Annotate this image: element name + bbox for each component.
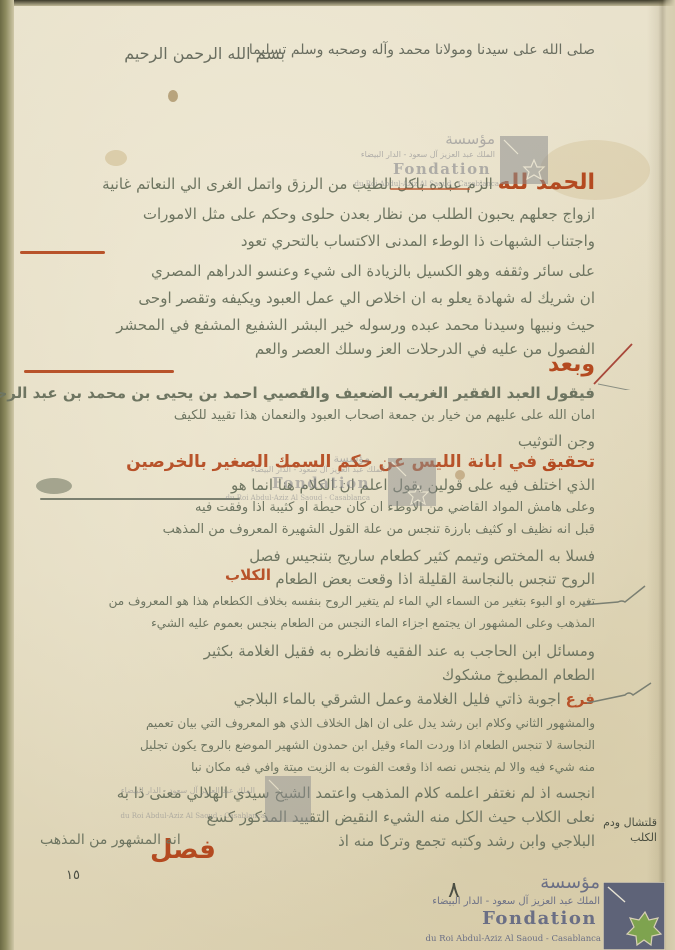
text-line-11: وجن التوثيب: [518, 432, 595, 450]
rubric-stroke: [20, 251, 105, 254]
text-line-7: الفصول من عليه في الدرحلات العز وسلك الع…: [255, 340, 595, 358]
blessing-line: صلى الله على سيدنا ومولانا محمد وآله وصح…: [249, 42, 595, 58]
watermark-arabic-subtitle: الملك عبد العزيز آل سعود - الدار البيضاء: [361, 150, 495, 159]
watermark-french-subtitle: du Roi Abdul-Aziz Al Saoud - Casablanca: [121, 812, 265, 820]
watermark-french-subtitle: du Roi Abdul-Aziz Al Saoud - Casablanca: [226, 494, 370, 502]
page-top-edge: [0, 0, 675, 6]
text-line-23: والمشهور الثاني وكلام ابن رشد يدل على ان…: [146, 716, 595, 730]
text-line-24: النجاسة لا تنجس الطعام اذا وردت الماء وق…: [140, 738, 595, 752]
page-right-edge: [647, 0, 675, 950]
margin-note-text: قلتشال ودم الكلب: [603, 816, 657, 844]
ink-stain: [168, 90, 178, 102]
watermark-arabic-title: مؤسسة: [333, 452, 370, 465]
text-line-20: ومسائل ابن الحاجب به عند الفقيه فانظره ب…: [204, 642, 595, 660]
foundation-logo-icon: [388, 458, 436, 506]
rubric-kilab: الكلاب: [225, 566, 271, 584]
folio-number: ١٥: [66, 868, 80, 883]
rubric-wa-bad: وبعد: [548, 352, 595, 377]
text-line-9: فيقول العبد الفقير الغريب الضعيف والقصيي…: [0, 384, 595, 402]
foundation-logo-icon: [500, 136, 548, 184]
text-line-18: تغيره او البوء بتغير من السماء الي الماء…: [109, 594, 595, 608]
line-text: الروح تنجس بالنجاسة القليلة اذا وقعت بعض…: [275, 570, 595, 588]
text-line-3: واجتناب الشبهات ذا الوطء المدنى الاكتساب…: [241, 232, 595, 250]
rubric-title: تحقيق: [542, 452, 595, 472]
text-line-10: امان الله على عليهم من خيار بن جمعة اصحا…: [174, 408, 595, 423]
watermark-lower: الملك عبد العزيز آل سعود - الدار البيضاء…: [110, 770, 335, 830]
ink-blot: [36, 478, 72, 494]
paper-stain: [105, 150, 127, 166]
binding-edge: [0, 0, 14, 950]
rubric-stroke: [24, 370, 174, 373]
text-line-17: الروح تنجس بالنجاسة القليلة اذا وقعت بعض…: [275, 570, 595, 588]
text-line-28: البلاجي وابن رشد وكتبه تجمع وتركا منه اذ: [338, 832, 595, 850]
text-line-21: الطعام المطبوخ مشكوك: [442, 666, 595, 684]
text-line-4: على سائر وثقفه وهو الكسيل بالزيادة الى ش…: [151, 262, 595, 280]
text-line-5: ان شريك له شهادة يعلو به ان اخلاص الي عم…: [138, 289, 595, 307]
watermark-arabic-subtitle: الملك عبد العزيز آل سعود - الدار البيضاء: [432, 896, 600, 907]
foundation-logo-icon: [265, 776, 311, 822]
text-line-far3: فرع اجوبة ذاتي فليل الغلامة وعمل الشرقي …: [234, 690, 595, 708]
rubric-kilab-line: الكلاب: [225, 566, 271, 584]
margin-note: قلتشال ودم الكلب: [603, 815, 657, 845]
foundation-logo-icon: [603, 882, 665, 950]
text-line-15: قبل انه نظيف او كثيف بارزة تنجس من علة ا…: [163, 522, 595, 537]
fasl-continuation: انه المشهور من المذهب: [40, 832, 181, 848]
text-line-6: حيث ونبيها وسيدنا محمد عبده ورسوله خير ا…: [116, 316, 595, 334]
margin-marker-red: [590, 340, 640, 390]
text-line-16: فسلا به المختص وتيمم كثير كطعام ساريح بت…: [249, 547, 595, 565]
watermark-bottom: مؤسسة الملك عبد العزيز آل سعود - الدار ا…: [430, 872, 675, 950]
watermark-arabic-subtitle: الملك عبد العزيز آل سعود - الدار البيضاء: [251, 465, 385, 474]
margin-marker-grey: [580, 580, 650, 610]
line-text: اجوبة ذاتي فليل الغلامة وعمل الشرقي بالم…: [234, 690, 561, 708]
watermark-arabic-title: مؤسسة: [445, 130, 495, 148]
text-line-19: المذهب وعلى المشهور ان يجتمع اجزاء الماء…: [151, 616, 595, 630]
margin-marker-grey: [585, 675, 655, 705]
watermark-arabic-subtitle: الملك عبد العزيز آل سعود - الدار البيضاء: [121, 786, 255, 795]
manuscript-page: بسم الله الرحمن الرحيم صلى الله على سيدن…: [0, 0, 675, 950]
watermark-french-subtitle: du Roi Abdul-Aziz Al Saoud - Casablanca: [355, 180, 499, 188]
watermark-top: مؤسسة الملك عبد العزيز آل سعود - الدار ا…: [340, 130, 565, 190]
watermark-french-title: Fondation: [482, 908, 597, 929]
watermark-french-title: Fondation: [393, 160, 491, 178]
text-line-2: ازواج جعلهم يحبون الطلب من نظار بعدن حلو…: [143, 205, 595, 223]
watermark-french-title: Fondation: [272, 474, 370, 492]
watermark-middle: مؤسسة الملك عبد العزيز آل سعود - الدار ا…: [220, 452, 445, 512]
watermark-french-subtitle: du Roi Abdul-Aziz Al Saoud - Casablanca: [426, 934, 601, 944]
watermark-arabic-title: مؤسسة: [540, 872, 600, 893]
text-line-8: وبعد: [548, 352, 595, 377]
